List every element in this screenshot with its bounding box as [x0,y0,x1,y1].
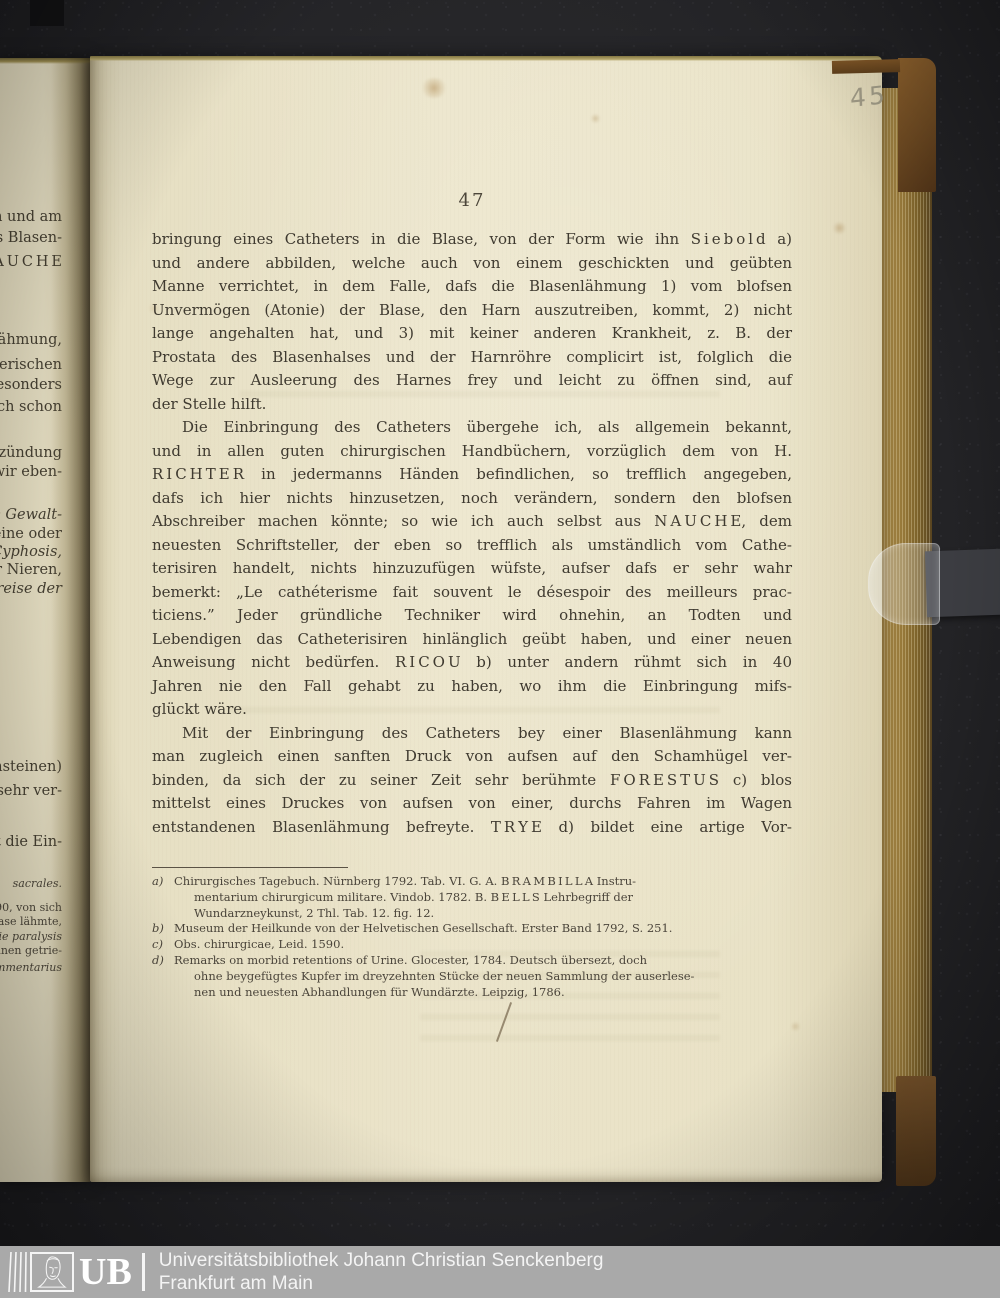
text-line: der Stelle hilft. [152,393,792,417]
book-spines-icon [8,1250,28,1294]
margin-text-fragment: n N A U C H E [0,252,62,272]
footnote-text: Museum der Heilkunde von der Helvetische… [174,921,672,935]
footnote-marker: a) [152,874,174,890]
text-line: Prostata des Blasenhalses und der Harnrö… [152,346,792,370]
text-line: Unvermögen (Atonie) der Blase, den Harn … [152,299,792,323]
foxing-spot [790,1022,801,1031]
margin-text-fragment: innen getrie- [0,941,62,961]
ub-logo: UB [8,1250,132,1294]
margin-text-fragment: venerischen [0,355,62,375]
footnote-text: Remarks on morbid retentions of Urine. G… [174,953,647,967]
margin-text-fragment: ie ich schon [0,397,62,417]
margin-text-fragment: Kreise der [0,579,62,599]
text-line: entstandenen Blasenlähmung befreyte. T R… [152,816,792,840]
library-banner: UB Universitätsbibliothek Johann Christi… [0,1246,1000,1298]
text-line: mittelst eines Druckes von aufsen von ei… [152,792,792,816]
text-line: Lebendigen das Catheterisiren hinlänglic… [152,628,792,652]
institution-name: Universitätsbibliothek Johann Christian … [159,1249,604,1272]
text-line: glückt wäre. [152,698,792,722]
footnote-text: ohne beygefügtes Kupfer im dreyzehnten S… [194,969,694,983]
paragraph: bringung eines Catheters in die Blase, v… [152,228,792,416]
book-scan-viewport: beln und am nfalls Blasen- n N A U C H E… [0,0,1000,1298]
margin-text-fragment: rnsteinen) [0,757,62,777]
text-line: bringung eines Catheters in die Blase, v… [152,228,792,252]
text-line: bemerkt: „Le cathéterisme fait souvent l… [152,581,792,605]
margin-text-fragment: blase lähmte, [0,912,62,932]
ub-monogram: UB [79,1252,132,1292]
margin-text-fragment: ere Gewalt- [0,505,62,525]
cover-notch [30,0,64,26]
footnote-line: c)Obs. chirurgicae, Leid. 1590. [152,937,800,953]
margin-text-fragment: r Cyphosis, [0,542,62,562]
page-number: 47 [152,190,792,211]
foxing-spot [420,78,448,98]
footnote-marker: b) [152,921,174,937]
margin-text-fragment: beine oder [0,524,62,544]
handwritten-folio-number: 45 [850,80,889,113]
footnote-line: d)Remarks on morbid retentions of Urine.… [152,953,800,969]
footnote-line: b)Museum der Heilkunde von der Helvetisc… [152,921,800,937]
footnote-line: mentarium chirurgicum militare. Vindob. … [152,890,800,906]
text-line: R I C H T E R in jedermanns Händen befin… [152,463,792,487]
text-line: dafs ich hier nichts hinzusetzen, noch v… [152,487,792,511]
text-line: Wege zur Ausleerung des Harnes frey und … [152,369,792,393]
text-line: und andere abbilden, welche auch von ein… [152,252,792,276]
margin-text-fragment: 90, von sich [0,898,62,918]
text-block: bringung eines Catheters in die Blase, v… [152,228,792,839]
banner-divider [142,1253,145,1291]
banner-text: Universitätsbibliothek Johann Christian … [159,1249,604,1295]
footnote-text: mentarium chirurgicum militare. Vindob. … [194,890,633,904]
margin-text-fragment: sehr ver- [0,781,62,801]
text-line: Mit der Einbringung des Catheters bey ei… [152,722,792,746]
footnote-text: Wundarzneykunst, 2 Thl. Tab. 12. fig. 12… [194,906,434,920]
footnotes-block: a)Chirurgisches Tagebuch. Nürnberg 1792.… [152,874,800,1000]
text-line: terisiren handelt, nichts hinzuzufügen w… [152,557,792,581]
text-line: Anweisung nicht bedürfen. R I C O U b) u… [152,651,792,675]
text-line: ticiens.” Jeder gründliche Techniker wir… [152,604,792,628]
text-line: binden, da sich der zu seiner Zeit sehr … [152,769,792,793]
footnote-text: Chirurgisches Tagebuch. Nürnberg 1792. T… [174,874,636,888]
footnote-text: Obs. chirurgicae, Leid. 1590. [174,937,344,951]
margin-text-fragment: , besonders [0,375,62,395]
text-line: Die Einbringung des Catheters übergehe i… [152,416,792,440]
margin-text-fragment: beln und am [0,207,62,227]
text-line: man zugleich einen sanften Druck von auf… [152,745,792,769]
footnote-rule [152,867,348,868]
text-line: Jahren nie den Fall gehabt zu haben, wo … [152,675,792,699]
text-line: und in allen guten chirurgischen Handbüc… [152,440,792,464]
transparent-page-holder [868,543,940,625]
facing-page-edge: beln und am nfalls Blasen- n N A U C H E… [0,58,90,1182]
footnote-line: a)Chirurgisches Tagebuch. Nürnberg 1792.… [152,874,800,890]
text-line: neuesten Schriftsteller, der eben so tre… [152,534,792,558]
margin-text-fragment: ie wir eben- [0,462,62,482]
margin-text-fragment: senlähmung, [0,330,62,350]
text-line: lange angehalten hat, und 3) mit keiner … [152,322,792,346]
footnote-line: Wundarzneykunst, 2 Thl. Tab. 12. fig. 12… [152,906,800,922]
footnote-marker: d) [152,953,174,969]
goethe-portrait-frame [30,1252,74,1292]
leather-corner-bottom-right [896,1076,936,1186]
foxing-spot [832,222,847,234]
foxing-spot [590,114,601,123]
margin-text-fragment: st die Ein- [0,832,62,852]
paragraph: Die Einbringung des Catheters übergehe i… [152,416,792,722]
margin-text-fragment: Entzündung [0,443,62,463]
paragraph: Mit der Einbringung des Catheters bey ei… [152,722,792,840]
footnote-line: nen und neuesten Abhandlungen für Wundär… [152,985,800,1001]
text-line: Abschreiber machen könnte; so wie ich au… [152,510,792,534]
margin-text-fragment: nfalls Blasen- [0,228,62,248]
goethe-portrait-icon [35,1253,69,1291]
margin-text-fragment: er Nieren, [0,560,62,580]
footnote-text: nen und neuesten Abhandlungen für Wundär… [194,985,565,999]
footnote-line: ohne beygefügtes Kupfer im dreyzehnten S… [152,969,800,985]
margin-text-fragment: Commentarius [0,958,62,978]
book-page: 47 bringung eines Catheters in die Blase… [90,56,882,1182]
margin-text-fragment: die paralysis [0,927,62,947]
leather-corner-top-right [898,58,936,192]
margin-text-fragment: sacrales. [13,874,62,894]
institution-city: Frankfurt am Main [159,1272,604,1295]
footnote-marker: c) [152,937,174,953]
text-line: Manne verrichtet, in dem Falle, dafs die… [152,275,792,299]
